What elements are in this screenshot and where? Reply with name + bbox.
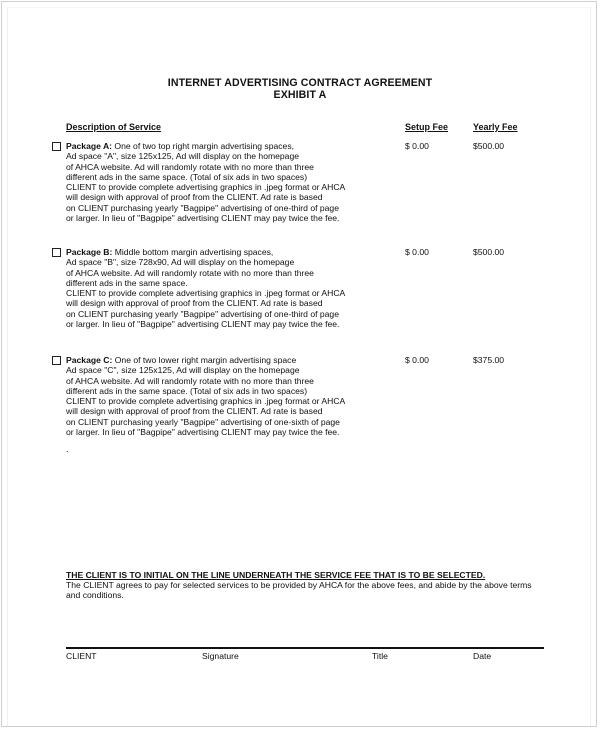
package-description-line: will design with approval of proof from … [66,406,345,416]
package-description-line: on CLIENT purchasing yearly "Bagpipe" ad… [66,309,345,319]
signature-line[interactable] [66,647,544,649]
signature-label-title: Title [372,651,388,661]
package-description-line: Package B: Middle bottom margin advertis… [66,247,345,257]
package-description: Package A: One of two top right margin a… [66,141,345,223]
yearly-fee-value: $500.00 [473,141,504,151]
package-description-line: or larger. In lieu of "Bagpipe" advertis… [66,319,345,329]
package-description-line: on CLIENT purchasing yearly "Bagpipe" ad… [66,417,345,427]
package-description-line: will design with approval of proof from … [66,298,345,308]
initial-notice: THE CLIENT IS TO INITIAL ON THE LINE UND… [66,570,485,580]
package-description-line: on CLIENT purchasing yearly "Bagpipe" ad… [66,203,345,213]
package-description-line: different ads in the same space. (Total … [66,172,345,182]
package-description-line: Package C: One of two lower right margin… [66,355,345,365]
package-description-line: or larger. In lieu of "Bagpipe" advertis… [66,213,345,223]
package-description-line: different ads in the same space. [66,278,345,288]
setup-fee-value: $ 0.00 [405,247,429,257]
yearly-fee-value: $500.00 [473,247,504,257]
package-description-line: or larger. In lieu of "Bagpipe" advertis… [66,427,345,437]
package-description-line: of AHCA website. Ad will randomly rotate… [66,268,345,278]
package-name: Package A: [66,141,112,151]
package-description-line: different ads in the same space. (Total … [66,386,345,396]
package-description: Package C: One of two lower right margin… [66,355,345,437]
package-description-line: of AHCA website. Ad will randomly rotate… [66,376,345,386]
document-subtitle: EXHIBIT A [0,89,600,101]
signature-label-signature: Signature [202,651,239,661]
setup-fee-value: $ 0.00 [405,355,429,365]
package-description-line: of AHCA website. Ad will randomly rotate… [66,162,345,172]
package-description-line: CLIENT to provide complete advertising g… [66,182,345,192]
package-checkbox[interactable] [52,248,61,257]
agreement-text: The CLIENT agrees to pay for selected se… [66,580,536,601]
package-name: Package C: [66,355,112,365]
package-checkbox[interactable] [52,142,61,151]
package-description: Package B: Middle bottom margin advertis… [66,247,345,329]
package-checkbox[interactable] [52,356,61,365]
column-header-yearly-fee: Yearly Fee [473,122,518,132]
package-description-line: CLIENT to provide complete advertising g… [66,396,345,406]
document-title: INTERNET ADVERTISING CONTRACT AGREEMENT [0,77,600,89]
yearly-fee-value: $375.00 [473,355,504,365]
package-description-line: Ad space "A", size 125x125, Ad will disp… [66,151,345,161]
package-description-line: CLIENT to provide complete advertising g… [66,288,345,298]
signature-label-date: Date [473,651,491,661]
trailing-mark: . [66,444,69,454]
package-description-line: Package A: One of two top right margin a… [66,141,345,151]
package-description-line: will design with approval of proof from … [66,192,345,202]
signature-label-client: CLIENT [66,651,97,661]
package-name: Package B: [66,247,112,257]
setup-fee-value: $ 0.00 [405,141,429,151]
package-description-line: Ad space "B", size 728x90, Ad will displ… [66,257,345,267]
package-description-line: Ad space "C", size 125x125, Ad will disp… [66,365,345,375]
column-header-description: Description of Service [66,122,161,132]
column-header-setup-fee: Setup Fee [405,122,448,132]
